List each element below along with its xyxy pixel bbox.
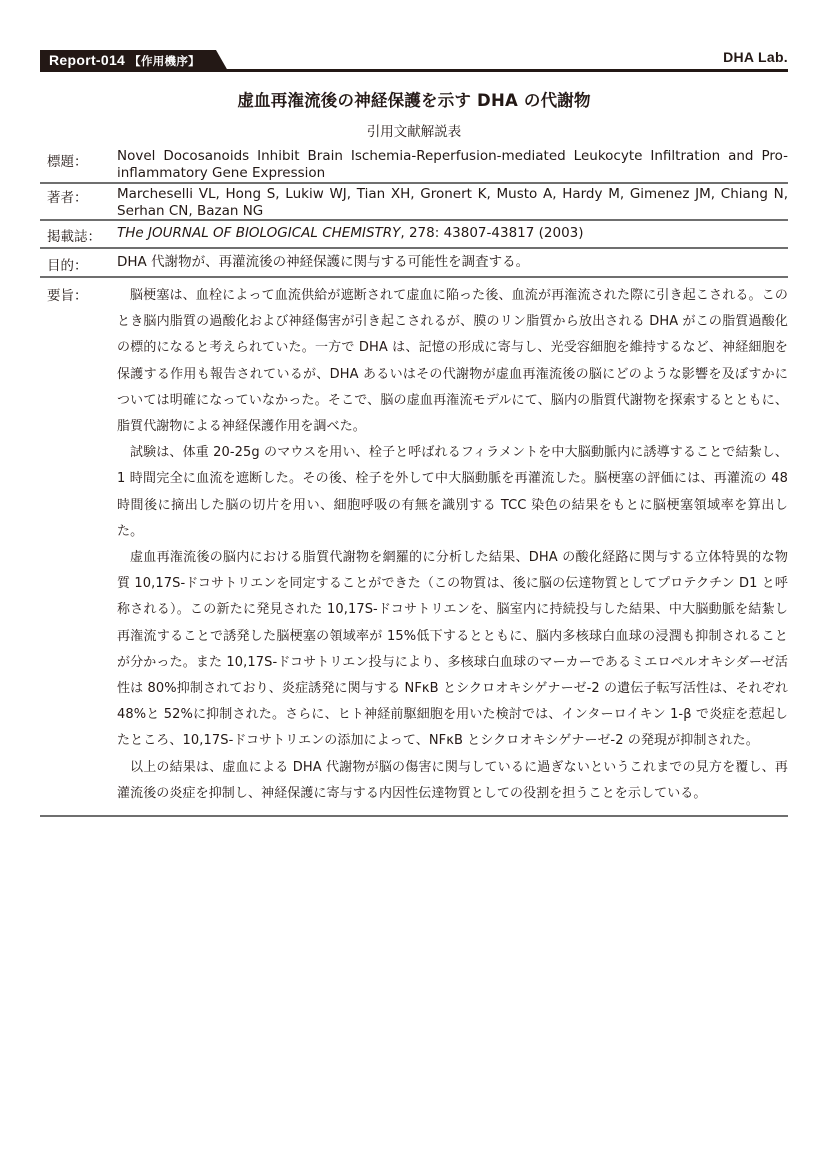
row-journal: 掲載誌： THe JOURNAL OF BIOLOGICAL CHEMISTRY… [40, 221, 788, 249]
report-category: 【作用機序】 [129, 56, 200, 68]
title-value: Novel Docosanoids Inhibit Brain Ischemia… [117, 148, 788, 182]
authors-value: Marcheselli VL, Hong S, Lukiw WJ, Tian X… [117, 186, 788, 219]
journal-value: THe JOURNAL OF BIOLOGICAL CHEMISTRY, 278… [117, 225, 788, 247]
journal-ref: , 278: 43807-43817 (2003) [400, 225, 583, 241]
journal-name: THe JOURNAL OF BIOLOGICAL CHEMISTRY [117, 225, 400, 241]
report-id: Report-014 [49, 52, 125, 68]
row-summary: 要旨： 脳梗塞は、血栓によって血流供給が遮断されて虚血に陥った後、血流が再潅流さ… [40, 278, 788, 817]
title-label: 標題： [40, 148, 117, 182]
lab-name: DHA Lab. [723, 49, 788, 65]
summary-paragraph: 試験は、体重 20-25g のマウスを用い、栓子と呼ばれるフィラメントを中大脳動… [117, 440, 788, 545]
report-id-tab: Report-014【作用機序】 [40, 50, 228, 71]
summary-paragraph: 以上の結果は、虚血による DHA 代謝物が脳の傷害に関与しているに過ぎないという… [117, 755, 788, 807]
row-title: 標題： Novel Docosanoids Inhibit Brain Isch… [40, 146, 788, 184]
summary-paragraph: 虚血再潅流後の脳内における脂質代謝物を網羅的に分析した結果、DHA の酸化経路に… [117, 545, 788, 755]
purpose-value: DHA 代謝物が、再灌流後の神経保護に関与する可能性を調査する。 [117, 254, 788, 276]
summary-label: 要旨： [40, 283, 117, 807]
report-header: Report-014【作用機序】 [40, 50, 788, 72]
citation-table: 標題： Novel Docosanoids Inhibit Brain Isch… [40, 146, 788, 817]
row-purpose: 目的： DHA 代謝物が、再灌流後の神経保護に関与する可能性を調査する。 [40, 249, 788, 278]
page-subtitle: 引用文献解説表 [0, 120, 828, 140]
row-authors: 著者： Marcheselli VL, Hong S, Lukiw WJ, Ti… [40, 184, 788, 221]
journal-label: 掲載誌： [40, 225, 117, 247]
purpose-label: 目的： [40, 254, 117, 276]
page-title: 虚血再潅流後の神経保護を示す DHA の代謝物 [0, 87, 828, 111]
authors-label: 著者： [40, 186, 117, 219]
summary-body: 脳梗塞は、血栓によって血流供給が遮断されて虚血に陥った後、血流が再潅流された際に… [117, 283, 788, 807]
summary-paragraph: 脳梗塞は、血栓によって血流供給が遮断されて虚血に陥った後、血流が再潅流された際に… [117, 283, 788, 440]
